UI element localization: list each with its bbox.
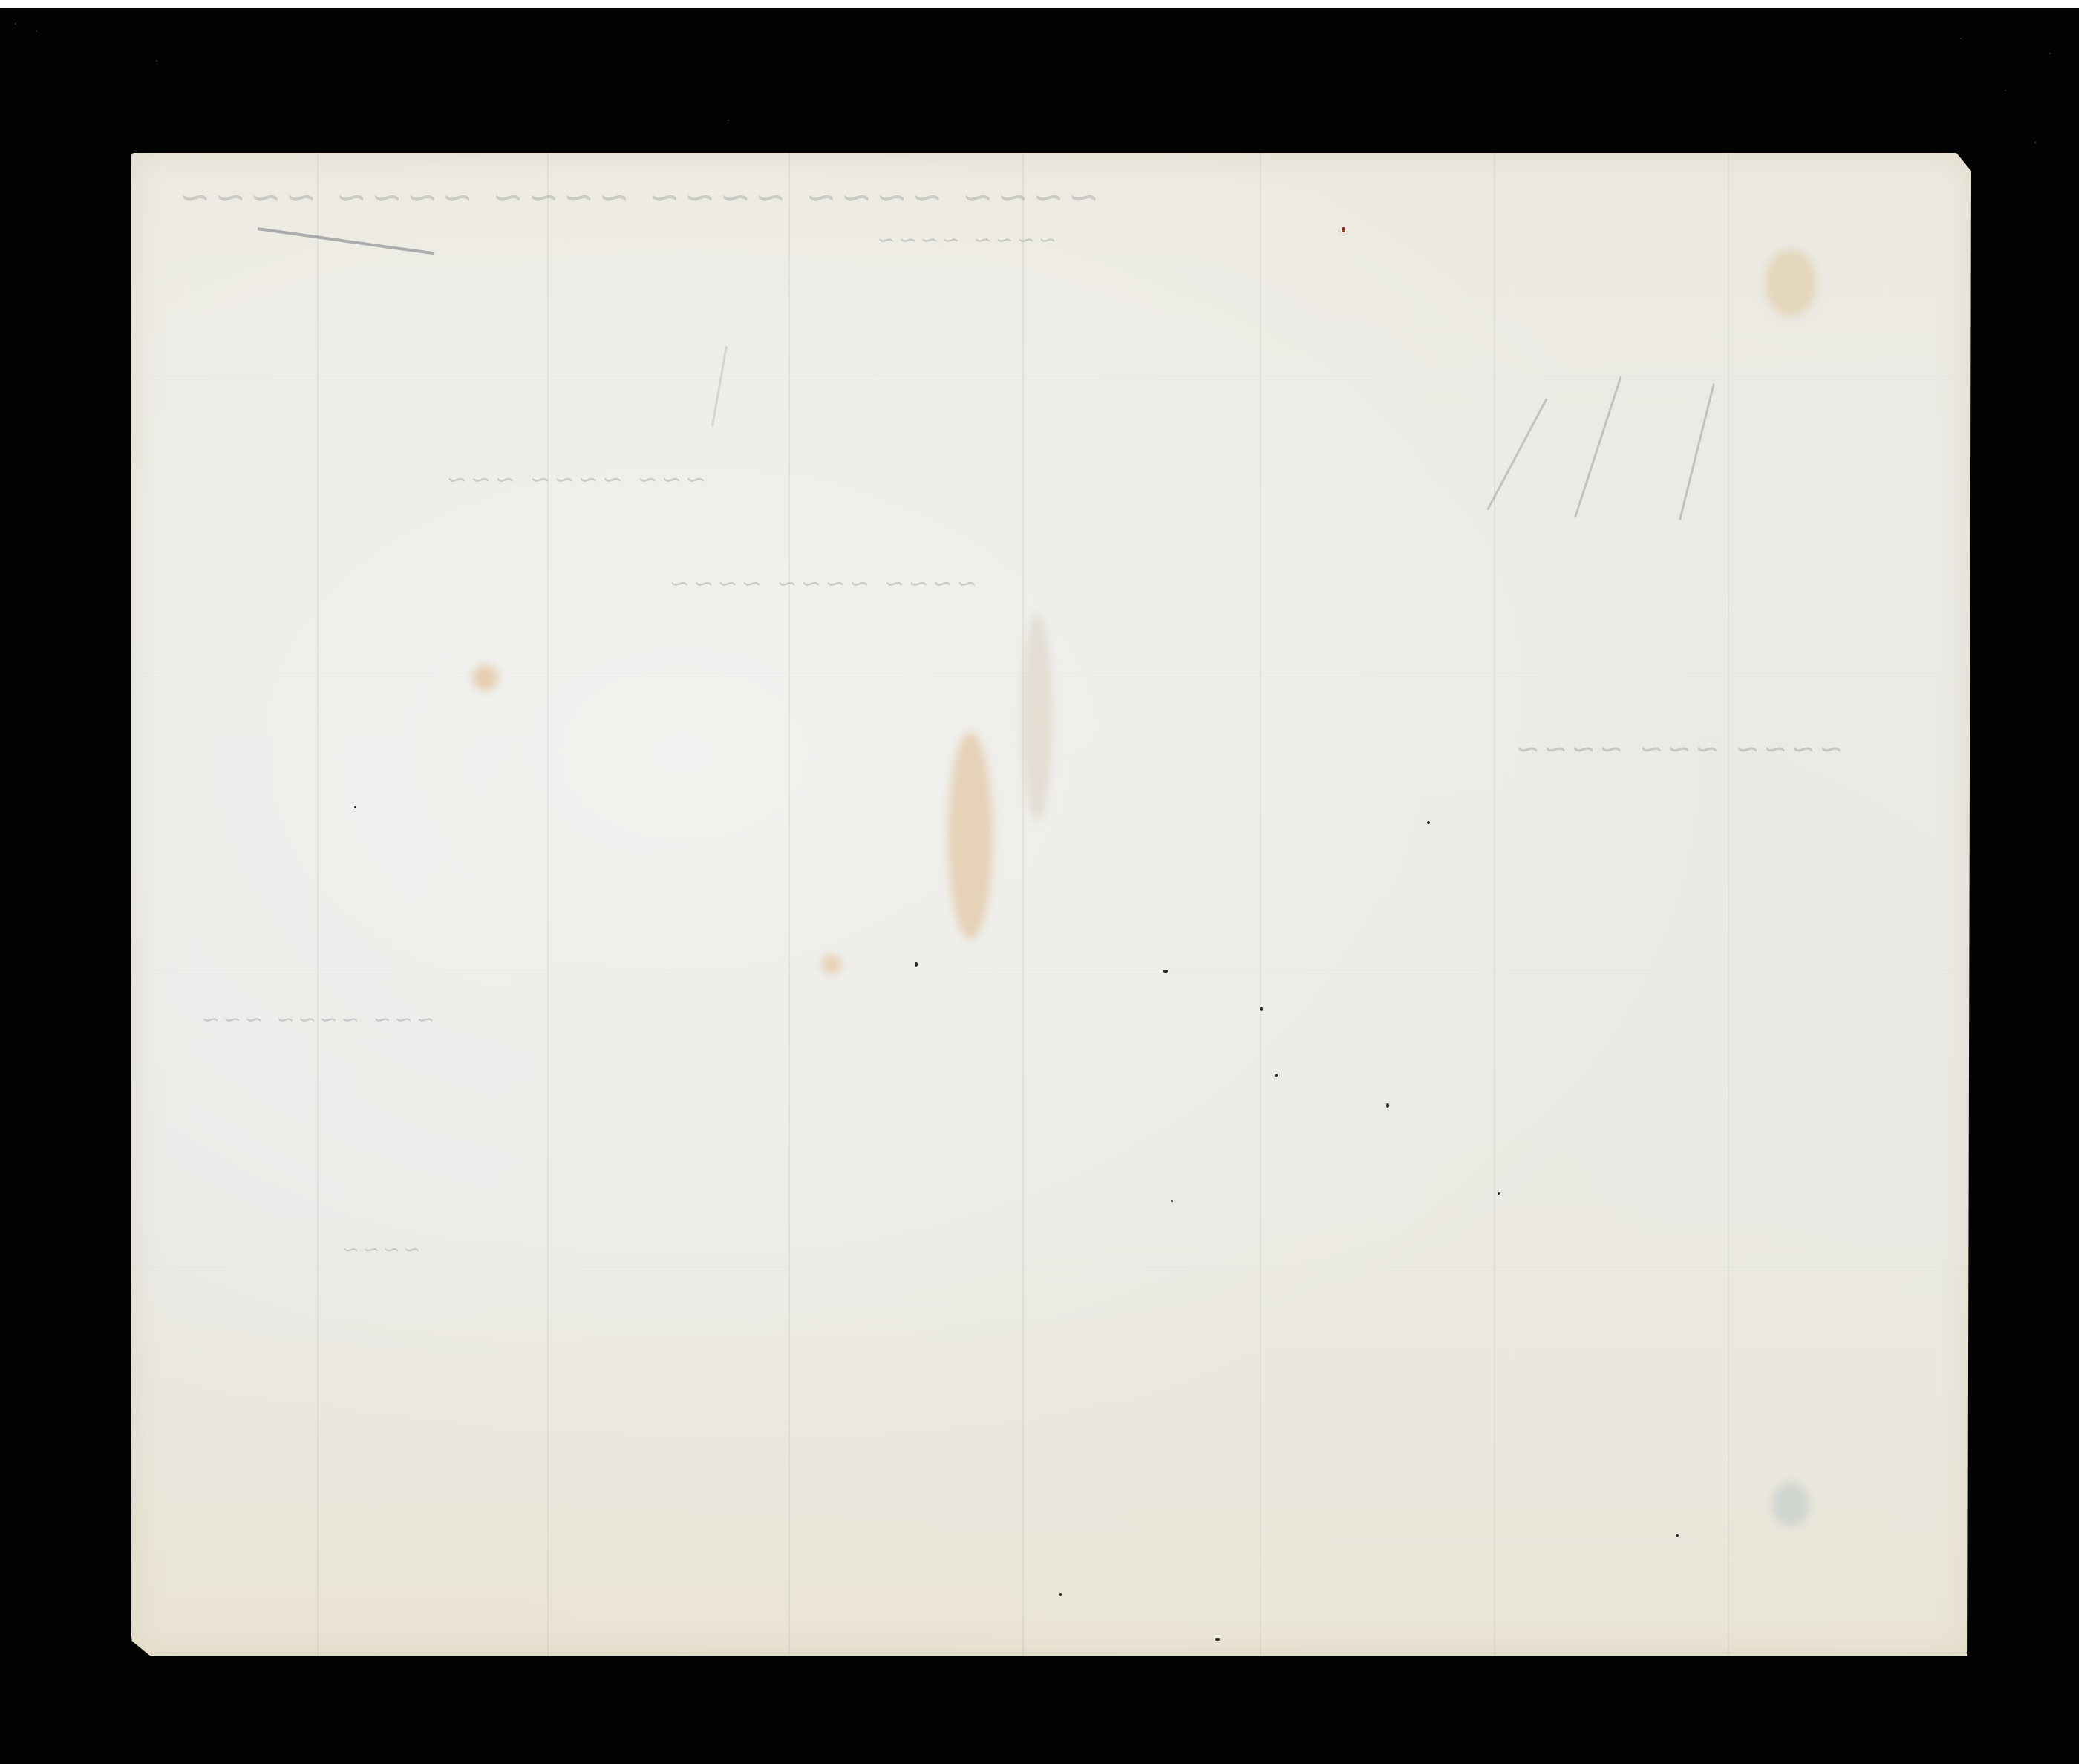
- paper-texture-line: [131, 673, 1971, 673]
- dust-speck: [156, 60, 157, 62]
- blue-grey-spot: [1772, 1482, 1809, 1526]
- paper-texture-line: [131, 376, 1971, 376]
- dust-speck: [728, 120, 729, 121]
- dust-speck: [1960, 38, 1962, 39]
- ink-stroke: [1574, 376, 1622, 517]
- dark-speck: [354, 806, 356, 808]
- dust-speck: [15, 23, 16, 24]
- dust-speck: [36, 30, 37, 32]
- ink-stroke: [1679, 383, 1715, 520]
- dark-speck: [1059, 1593, 1062, 1596]
- red-speck: [1342, 227, 1345, 232]
- bleed-through-notes-lower-left: ~~~ ~~~~ ~~~: [195, 1007, 437, 1033]
- column-rule: [317, 153, 319, 1656]
- column-rule: [1260, 153, 1261, 1656]
- bleed-through-right-column: ~~~~ ~~~ ~~~~: [1509, 732, 1847, 766]
- column-rule: [1494, 153, 1495, 1656]
- foxing-stain-speckled: [1022, 613, 1052, 821]
- ink-stroke: [1486, 398, 1547, 511]
- dark-speck: [1676, 1534, 1679, 1537]
- dark-speck: [1260, 1007, 1263, 1011]
- bleed-through-notes-center-left: ~~~ ~~~~ ~~~: [440, 465, 710, 494]
- dust-speck: [2049, 53, 2051, 54]
- dark-speck: [1386, 1103, 1389, 1108]
- column-rule: [1728, 153, 1729, 1656]
- bleed-through-subline: ~~~~ ~~~~: [871, 227, 1059, 253]
- column-rule: [1022, 153, 1024, 1656]
- column-rule: [547, 153, 549, 1656]
- dust-speck: [2005, 90, 2006, 91]
- paper-texture-line: [131, 1267, 1971, 1267]
- manuscript-sheet: ~~~~ ~~~~ ~~~~ ~~~~ ~~~~ ~~~~ ~~~~ ~~~~ …: [131, 153, 1971, 1656]
- dark-speck: [1171, 1200, 1173, 1202]
- dark-speck: [1498, 1192, 1500, 1195]
- ink-stroke: [711, 346, 728, 427]
- foxing-stain-small: [822, 955, 841, 974]
- bleed-through-notes-center: ~~~~ ~~~~ ~~~~: [663, 569, 981, 598]
- bleed-through-heading: ~~~~ ~~~~ ~~~~ ~~~~ ~~~~ ~~~~: [172, 175, 1105, 220]
- dark-speck: [915, 962, 918, 967]
- foxing-stain-left: [473, 665, 498, 690]
- bleed-through-underline: [257, 227, 434, 255]
- paper-texture-line: [131, 970, 1971, 970]
- bleed-through-note-bottom-left: ~~~~: [336, 1237, 423, 1261]
- dark-speck: [1427, 821, 1430, 824]
- dark-speck: [1215, 1638, 1220, 1641]
- foxing-stain-top-right: [1765, 249, 1817, 316]
- dark-speck: [1163, 970, 1168, 973]
- dark-speck: [1275, 1074, 1278, 1077]
- column-rule: [788, 153, 790, 1656]
- dust-speck: [2034, 142, 2036, 143]
- foxing-stain-center: [948, 732, 993, 940]
